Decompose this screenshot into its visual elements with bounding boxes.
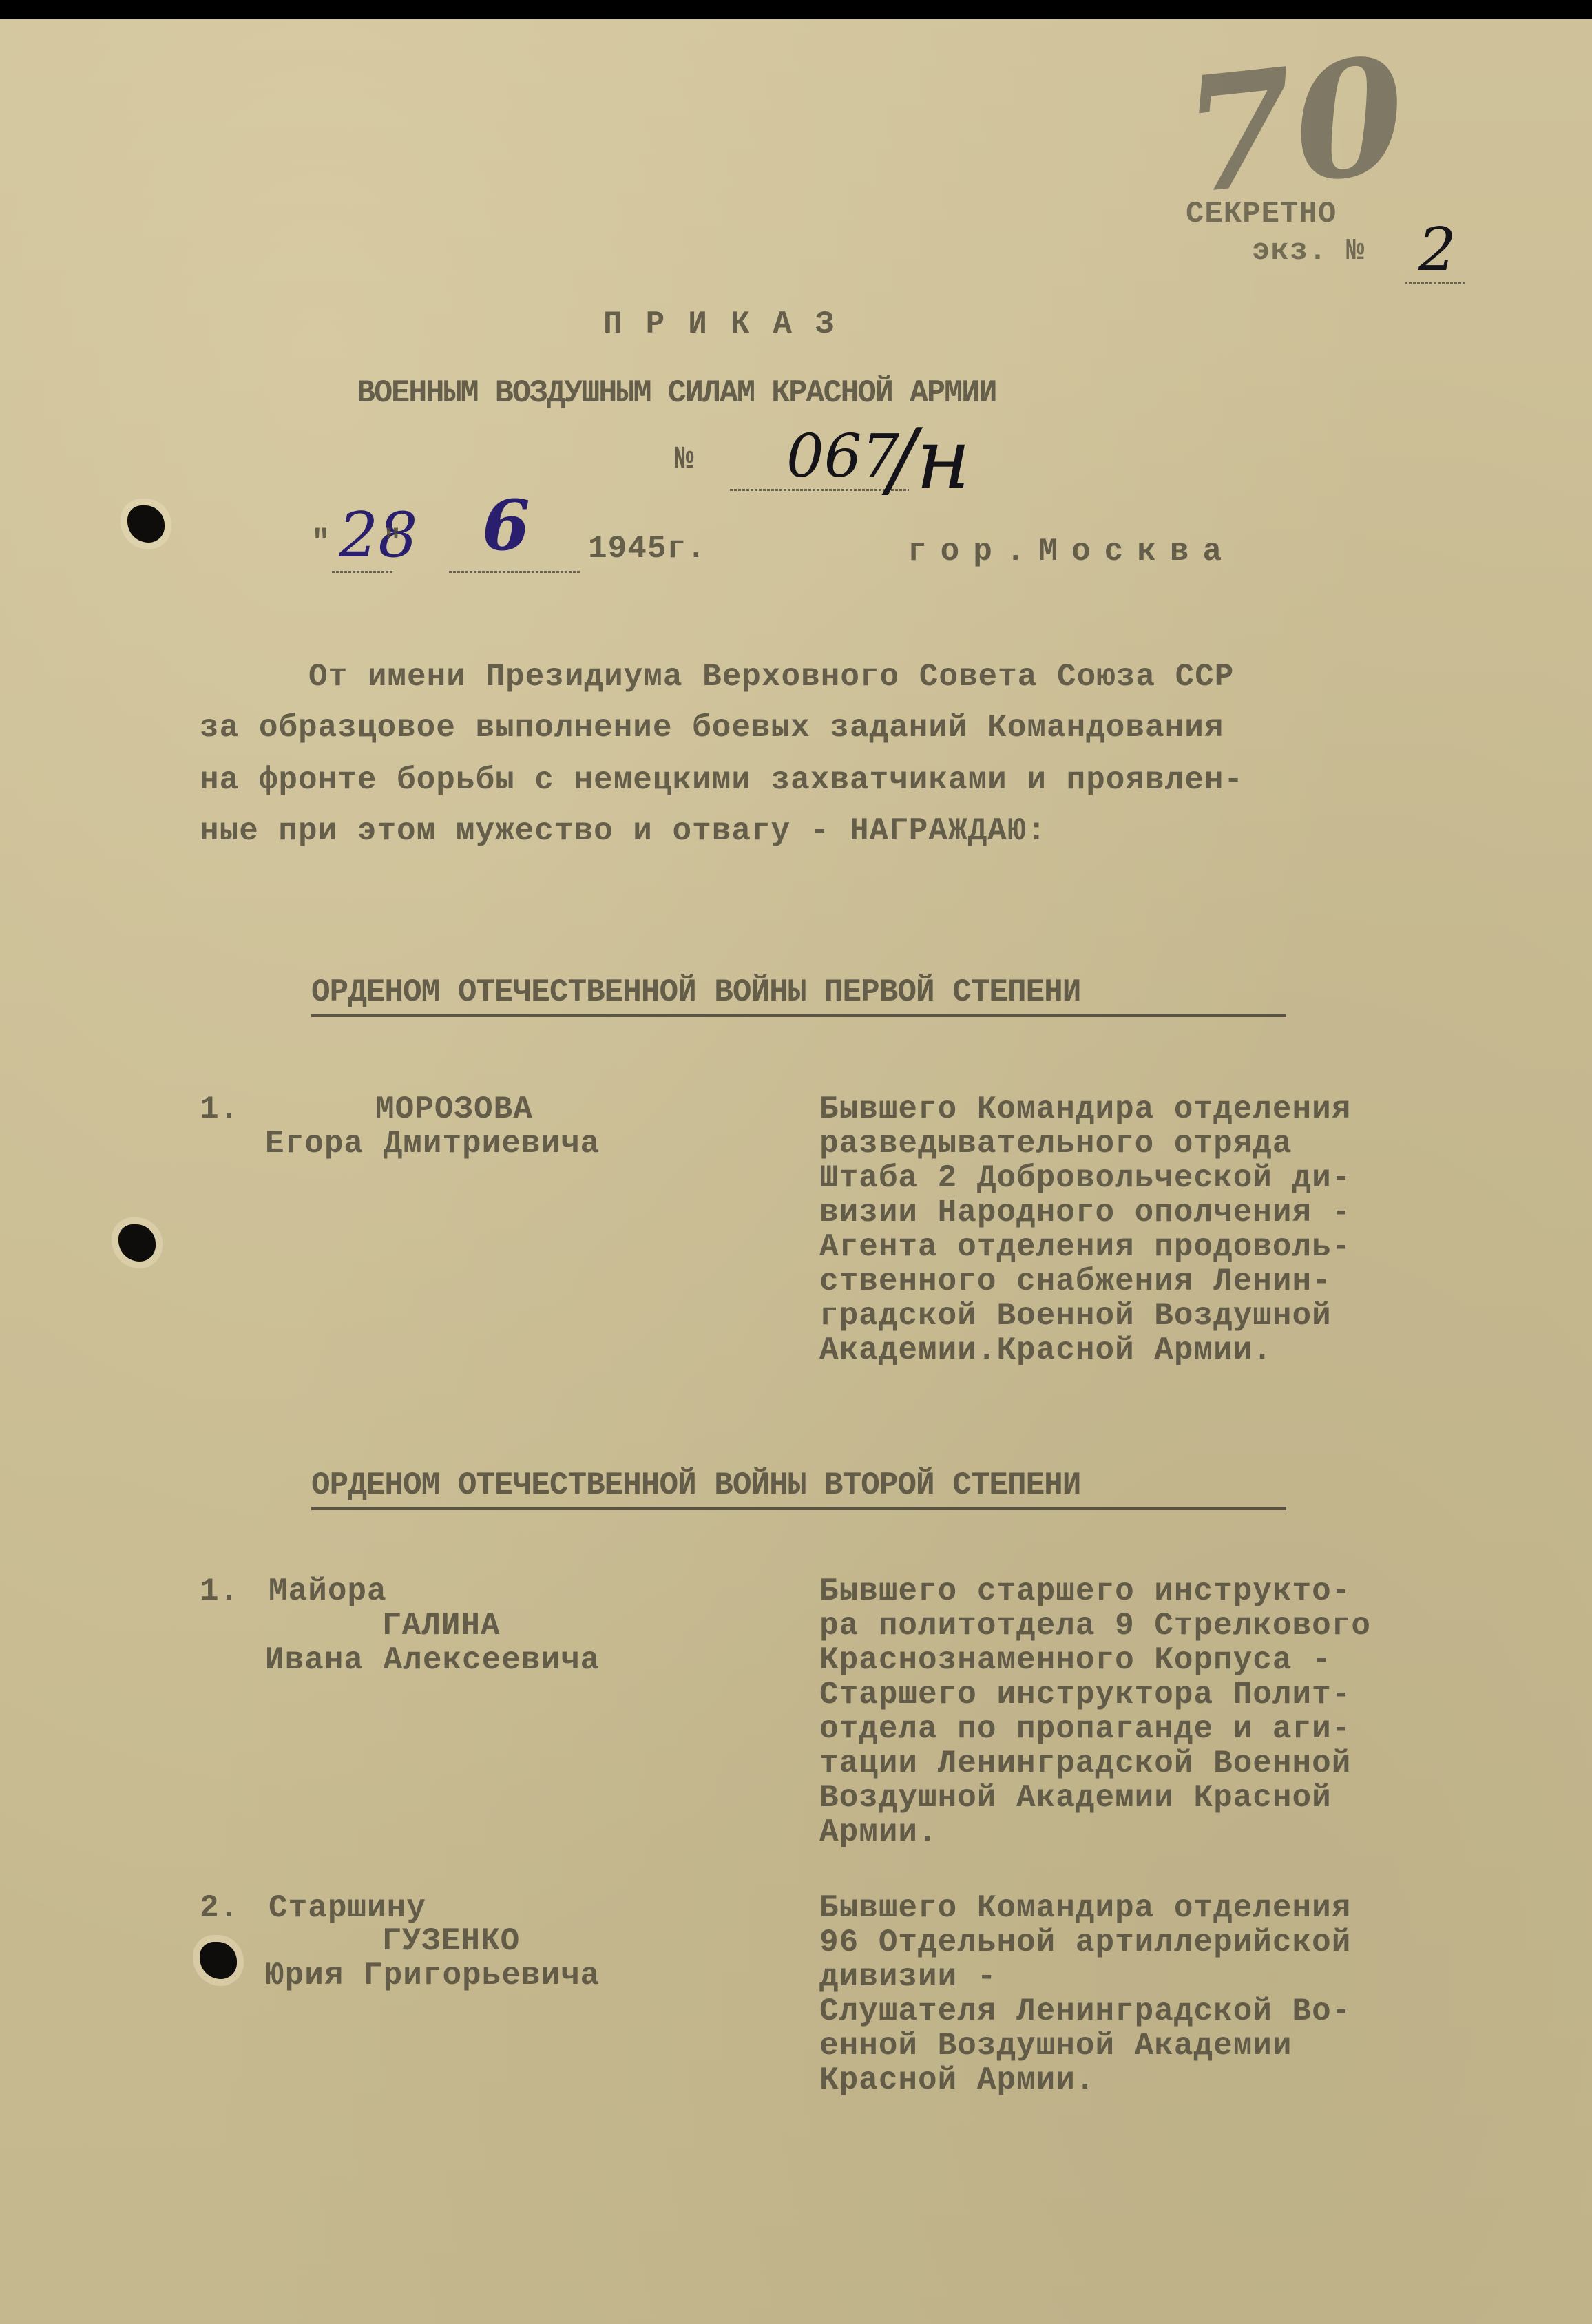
awardee-2-1-surname: ГАЛИНА bbox=[382, 1609, 501, 1643]
description-line: градской Военной Воздушной bbox=[819, 1299, 1351, 1333]
awardee-2-1-index: 1. bbox=[200, 1574, 239, 1609]
awardee-2-2-index: 2. bbox=[200, 1891, 239, 1925]
section-2-heading-underline bbox=[311, 1507, 1286, 1510]
date-day-line bbox=[332, 571, 394, 573]
awardee-2-1-description: Бывшего старшего инструкто- ра политотде… bbox=[819, 1574, 1371, 1850]
awardee-2-2-surname: ГУЗЕНКО bbox=[382, 1924, 520, 1958]
awardee-1-1-index: 1. bbox=[200, 1092, 239, 1127]
classification-stamp: СЕКРЕТНО bbox=[1186, 197, 1337, 231]
description-line: Бывшего Командира отделения bbox=[819, 1891, 1351, 1925]
binder-hole-top bbox=[127, 505, 165, 543]
description-line: ра политотдела 9 Стрелкового bbox=[819, 1609, 1371, 1643]
copy-label: экз. № bbox=[1252, 234, 1365, 269]
date-day: 28 bbox=[339, 501, 418, 570]
description-line: Армии. bbox=[819, 1815, 1371, 1850]
preamble-line-3: на фронте борьбы с немецкими захватчикам… bbox=[200, 763, 1244, 797]
copy-number-line bbox=[1405, 282, 1467, 284]
description-line: Слушателя Ленинградской Во- bbox=[819, 1994, 1351, 2029]
description-line: енной Воздушной Академии bbox=[819, 2029, 1351, 2063]
preamble-line-2: за образцовое выполнение боевых заданий … bbox=[200, 711, 1224, 745]
doc-type-title: ПРИКАЗ bbox=[603, 307, 858, 342]
section-1-heading: ОРДЕНОМ ОТЕЧЕСТВЕННОЙ ВОЙНЫ ПЕРВОЙ СТЕПЕ… bbox=[311, 975, 1080, 1009]
awardee-2-1-given-names: Ивана Алексеевича bbox=[265, 1643, 600, 1677]
preamble-line-1: От имени Президиума Верховного Совета Со… bbox=[308, 660, 1234, 694]
description-line: ственного снабжения Ленин- bbox=[819, 1264, 1351, 1299]
copy-number: 2 bbox=[1418, 219, 1456, 281]
awardee-2-1-rank: Майора bbox=[269, 1574, 387, 1609]
awardee-1-1-description: Бывшего Командира отделения разведывател… bbox=[819, 1092, 1351, 1368]
awardee-2-2-rank: Старшину bbox=[269, 1891, 426, 1925]
section-2-heading: ОРДЕНОМ ОТЕЧЕСТВЕННОЙ ВОЙНЫ ВТОРОЙ СТЕПЕ… bbox=[311, 1468, 1080, 1503]
description-line: Краснознаменного Корпуса - bbox=[819, 1643, 1371, 1677]
date-place: гор.Москва bbox=[908, 534, 1235, 569]
date-year: 1945г. bbox=[588, 532, 706, 566]
order-number-value: 067 bbox=[786, 426, 899, 488]
order-number-label: № bbox=[675, 442, 695, 477]
description-line: дивизии - bbox=[819, 1960, 1351, 1994]
awardee-1-1-given-names: Егора Дмитриевича bbox=[265, 1127, 600, 1161]
description-line: Академии.Красной Армии. bbox=[819, 1333, 1351, 1368]
description-line: Бывшего Командира отделения bbox=[819, 1092, 1351, 1127]
section-1-heading-underline bbox=[311, 1014, 1286, 1017]
binder-hole-middle bbox=[118, 1224, 156, 1262]
awardee-1-1-surname: МОРОЗОВА bbox=[375, 1092, 533, 1127]
document-page: 70 СЕКРЕТНО экз. № 2 ПРИКАЗ ВОЕННЫМ ВОЗД… bbox=[0, 19, 1592, 2324]
binder-hole-bottom bbox=[200, 1942, 237, 1979]
description-line: 96 Отдельной артиллерийской bbox=[819, 1925, 1351, 1960]
description-line: тации Ленинградской Военной bbox=[819, 1746, 1371, 1781]
folio-number: 70 bbox=[1177, 36, 1412, 216]
description-line: Воздушной Академии Красной bbox=[819, 1781, 1371, 1815]
awardee-2-2-given-names: Юрия Григорьевича bbox=[265, 1958, 600, 1993]
description-line: Красной Армии. bbox=[819, 2063, 1351, 2097]
description-line: визии Народного ополчения - bbox=[819, 1195, 1351, 1230]
order-number-line bbox=[730, 489, 909, 491]
description-line: Старшего инструктора Полит- bbox=[819, 1677, 1371, 1712]
order-number-suffix: /н bbox=[888, 405, 970, 515]
date-month-line bbox=[449, 571, 580, 573]
description-line: Бывшего старшего инструкто- bbox=[819, 1574, 1371, 1609]
description-line: отдела по пропаганде и аги- bbox=[819, 1712, 1371, 1746]
date-open-quote: " bbox=[311, 525, 331, 560]
awardee-2-2-description: Бывшего Командира отделения 96 Отдельной… bbox=[819, 1891, 1351, 2097]
date-month: 6 bbox=[482, 488, 530, 563]
description-line: разведывательного отряда bbox=[819, 1127, 1351, 1161]
description-line: Агента отделения продоволь- bbox=[819, 1230, 1351, 1264]
date-close-quote: " bbox=[383, 525, 403, 560]
preamble-line-4: ные при этом мужество и отвагу - НАГРАЖД… bbox=[200, 814, 1047, 848]
description-line: Штаба 2 Добровольческой ди- bbox=[819, 1161, 1351, 1195]
